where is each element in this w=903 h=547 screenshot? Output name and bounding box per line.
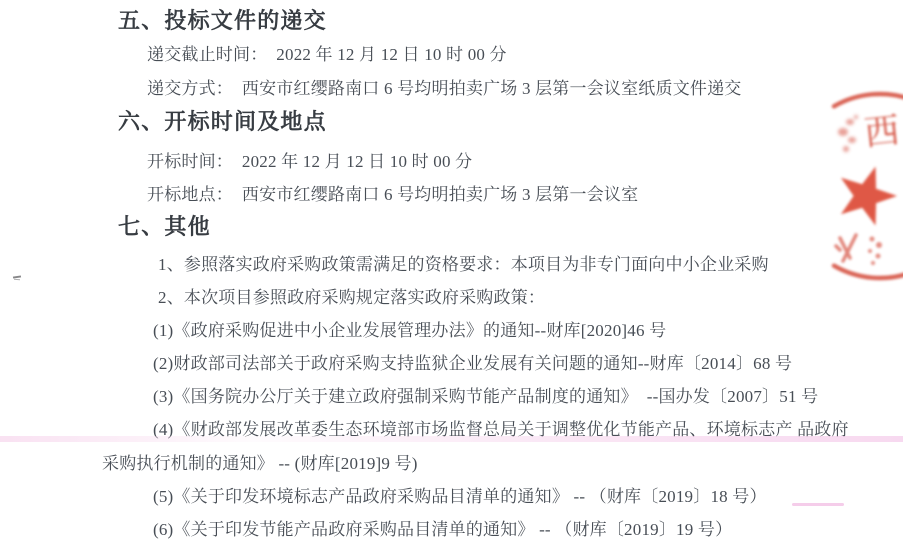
stamp-character-xi: 西 [863, 111, 902, 153]
stamp-smudge-top-left [838, 115, 858, 152]
line-other-item-2: 2、本次项目参照政府采购规定落实政府采购政策： [158, 287, 545, 309]
section-heading-submission: 五、投标文件的递交 [118, 8, 327, 33]
stamp-star-icon [830, 157, 903, 229]
section-heading-bid-opening: 六、开标时间及地点 [118, 109, 327, 134]
line-policy-6: (6)《关于印发节能产品政府采购品目清单的通知》 -- （财库〔2019〕19 … [153, 519, 732, 541]
line-submission-method: 递交方式： 西安市红缨路南口 6 号均明拍卖广场 3 层第一会议室纸质文件递交 [147, 78, 742, 100]
official-seal-stamp: 西 [780, 88, 903, 288]
scan-artifact-band [0, 436, 903, 442]
line-opening-time: 开标时间： 2022 年 12 月 12 日 10 时 00 分 [147, 151, 472, 173]
line-policy-5: (5)《关于印发环境标志产品政府采购品目清单的通知》 -- （财库〔2019〕1… [153, 486, 767, 508]
line-policy-4-continued: 采购执行机制的通知》 -- (财库[2019]9 号) [102, 453, 418, 475]
scan-artifact-streak [792, 503, 844, 506]
line-opening-location: 开标地点： 西安市红缨路南口 6 号均明拍卖广场 3 层第一会议室 [147, 184, 638, 206]
line-policy-1: (1)《政府采购促进中小企业发展管理办法》的通知--财库[2020]46 号 [153, 320, 666, 342]
pencil-mark [12, 274, 22, 282]
document-page: 五、投标文件的递交 递交截止时间： 2022 年 12 月 12 日 10 时 … [0, 0, 903, 547]
stamp-border-arc-top [834, 94, 903, 106]
line-other-item-1: 1、参照落实政府采购政策需满足的资格要求：本项目为非专门面向中小企业采购 [158, 254, 769, 276]
stamp-border-arc-bottom [834, 266, 903, 278]
stamp-smudge-bottom [836, 235, 856, 261]
pencil-mark-stroke [14, 279, 20, 281]
line-submission-deadline: 递交截止时间： 2022 年 12 月 12 日 10 时 00 分 [147, 44, 507, 66]
line-policy-3: (3)《国务院办公厅关于建立政府强制采购节能产品制度的通知》 --国办发〔200… [153, 386, 818, 408]
line-policy-2: (2)财政部司法部关于政府采购支持监狱企业发展有关问题的通知--财库〔2014〕… [153, 353, 792, 375]
stamp-smudge-bottom-dots [868, 237, 882, 266]
section-heading-other: 七、其他 [118, 214, 211, 239]
